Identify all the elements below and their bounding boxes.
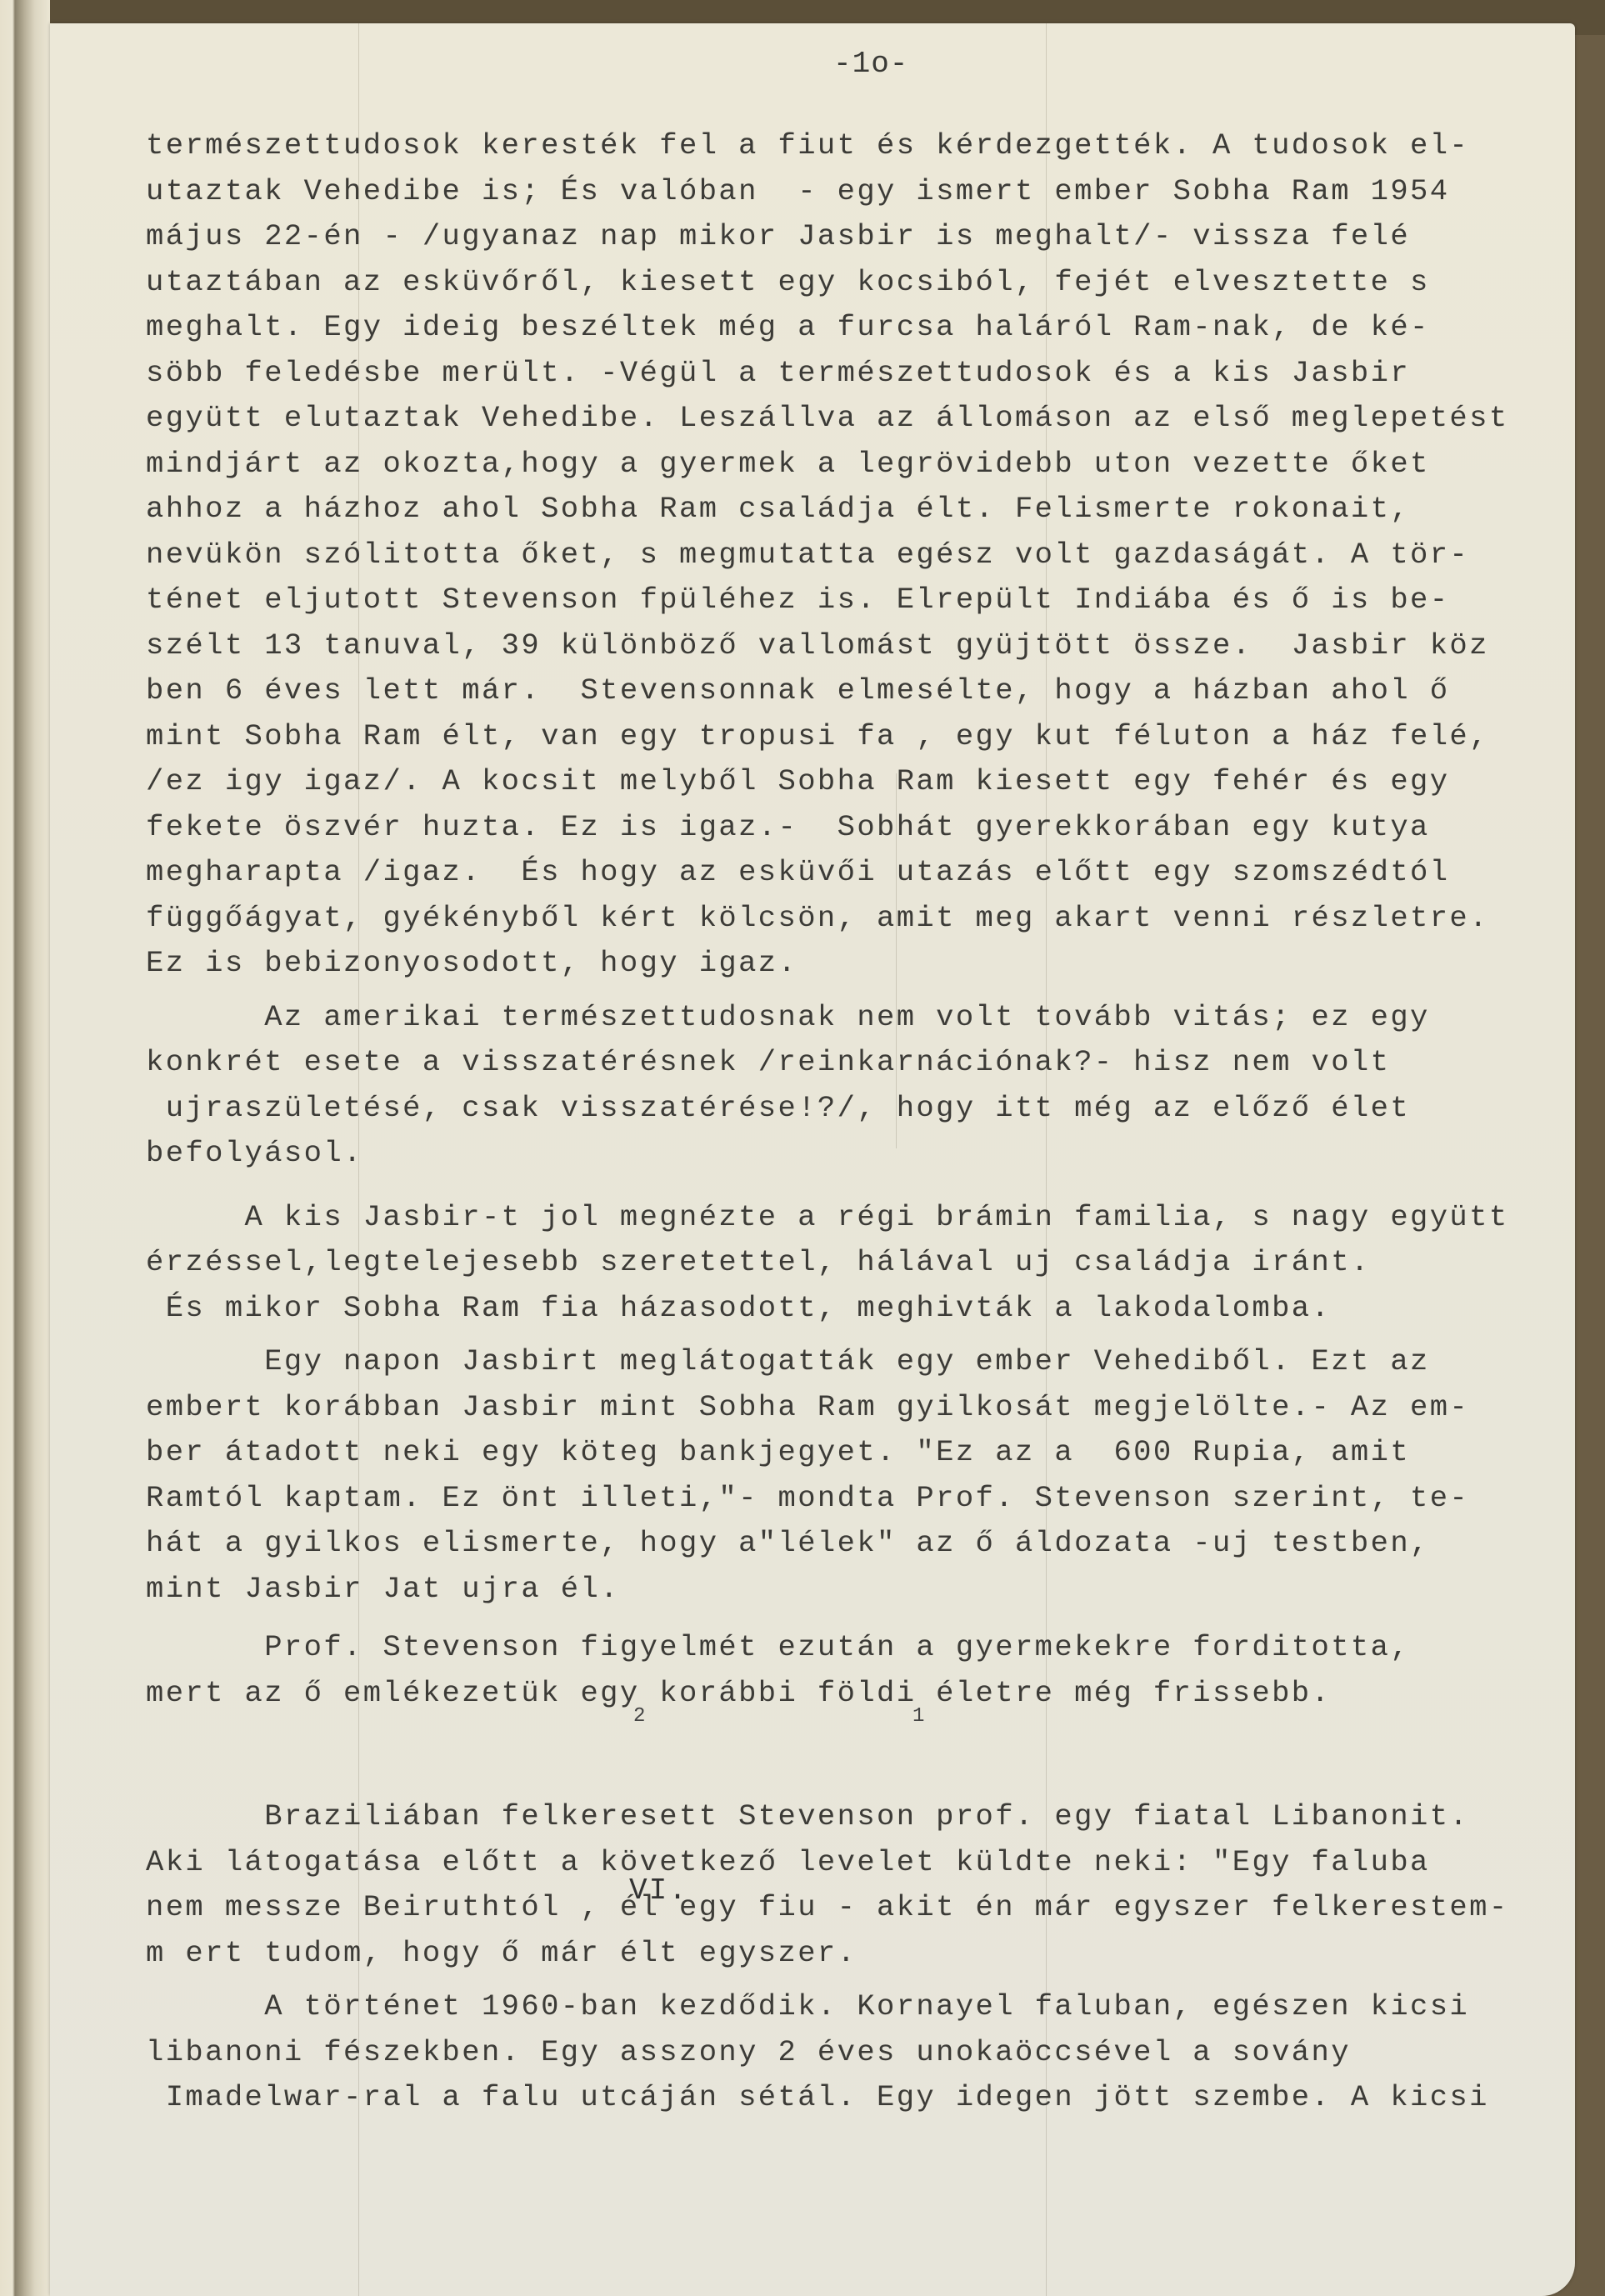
text-line: A történet 1960-ban kezdődik. Kornayel f… — [146, 1984, 1605, 2030]
text-line: Braziliában felkeresett Stevenson prof. … — [146, 1794, 1605, 1840]
paragraph: természettudosok keresték fel a fiut és … — [146, 123, 1605, 987]
text-line: ujraszületésé, csak visszatérése!?/, hog… — [146, 1086, 1605, 1132]
text-line: május 22-én - /ugyanaz nap mikor Jasbir … — [146, 214, 1605, 260]
text-line: ténet eljutott Stevenson fpüléhez is. El… — [146, 578, 1605, 623]
page-number: -1o- — [833, 47, 908, 81]
paragraph: A történet 1960-ban kezdődik. Kornayel f… — [146, 1984, 1605, 2121]
text-line: Prof. Stevenson figyelmét ezután a gyerm… — [146, 1625, 1605, 1671]
text-line: /ez igy igaz/. A kocsit melyből Sobha Ra… — [146, 759, 1605, 805]
text-line: És mikor Sobha Ram fia házasodott, meghi… — [146, 1286, 1605, 1332]
text-line: ahhoz a házhoz ahol Sobha Ram családja é… — [146, 487, 1605, 533]
text-line: Ramtól kaptam. Ez önt illeti,"- mondta P… — [146, 1476, 1605, 1522]
section-heading: VI. — [629, 1873, 688, 1908]
text-line: szélt 13 tanuval, 39 különböző vallomást… — [146, 623, 1605, 669]
text-line: befolyásol. — [146, 1131, 1605, 1177]
text-line: meghalt. Egy ideig beszéltek még a furcs… — [146, 305, 1605, 351]
text-line: utaztában az esküvőről, kiesett egy kocs… — [146, 260, 1605, 306]
text-line: Ez is bebizonyosodott, hogy igaz. — [146, 941, 1605, 987]
text-line: mert az ő emlékezetük egy korábbi földi … — [146, 1671, 1605, 1717]
text-line: fekete öszvér huzta. Ez is igaz.- Sobhát… — [146, 805, 1605, 851]
paragraph: Braziliában felkeresett Stevenson prof. … — [146, 1794, 1605, 1976]
text-line: utaztak Vehedibe is; És valóban - egy is… — [146, 169, 1605, 215]
text-line: söbb feledésbe merült. -Végül a természe… — [146, 351, 1605, 397]
text-line: embert korábban Jasbir mint Sobha Ram gy… — [146, 1385, 1605, 1431]
text-line: m ert tudom, hogy ő már élt egyszer. — [146, 1931, 1605, 1977]
text-line: ber átadott neki egy köteg bankjegyet. "… — [146, 1430, 1605, 1476]
paragraph: Egy napon Jasbirt meglátogatták egy embe… — [146, 1339, 1605, 1612]
text-line: mindjárt az okozta,hogy a gyermek a legr… — [146, 442, 1605, 488]
text-line: mint Sobha Ram élt, van egy tropusi fa ,… — [146, 714, 1605, 760]
book-binding — [0, 0, 50, 2296]
text-line: nem messze Beiruthtól , él egy fiu - aki… — [146, 1885, 1605, 1931]
interlinear-mark: 2 — [633, 1705, 645, 1728]
text-line: függőágyat, gyékényből kért kölcsön, ami… — [146, 896, 1605, 942]
paragraph: Prof. Stevenson figyelmét ezután a gyerm… — [146, 1625, 1605, 1716]
text-line: A kis Jasbir-t jol megnézte a régi brámi… — [146, 1195, 1605, 1241]
text-line: hát a gyilkos elismerte, hogy a"lélek" a… — [146, 1521, 1605, 1567]
paragraph: Az amerikai természettudosnak nem volt t… — [146, 995, 1605, 1177]
paragraph: A kis Jasbir-t jol megnézte a régi brámi… — [146, 1195, 1605, 1332]
text-line: Az amerikai természettudosnak nem volt t… — [146, 995, 1605, 1041]
typewritten-page: -1o- természettudosok keresték fel a fiu… — [50, 23, 1575, 2296]
text-line: Imadelwar-ral a falu utcáján sétál. Egy … — [146, 2075, 1605, 2121]
text-line: ben 6 éves lett már. Stevensonnak elmesé… — [146, 668, 1605, 714]
text-line: érzéssel,legtelejesebb szeretettel, hálá… — [146, 1240, 1605, 1286]
text-line: Aki látogatása előtt a következő levelet… — [146, 1840, 1605, 1886]
interlinear-mark: 1 — [912, 1705, 924, 1728]
text-line: nevükön szólitotta őket, s megmutatta eg… — [146, 533, 1605, 578]
text-line: együtt elutaztak Vehedibe. Leszállva az … — [146, 396, 1605, 442]
text-line: Egy napon Jasbirt meglátogatták egy embe… — [146, 1339, 1605, 1385]
text-line: libanoni fészekben. Egy asszony 2 éves u… — [146, 2030, 1605, 2076]
body-text: természettudosok keresték fel a fiut és … — [146, 123, 1605, 2121]
text-line: megharapta /igaz. És hogy az esküvői uta… — [146, 850, 1605, 896]
text-line: mint Jasbir Jat ujra él. — [146, 1567, 1605, 1613]
text-line: konkrét esete a visszatérésnek /reinkarn… — [146, 1040, 1605, 1086]
text-line: természettudosok keresték fel a fiut és … — [146, 123, 1605, 169]
